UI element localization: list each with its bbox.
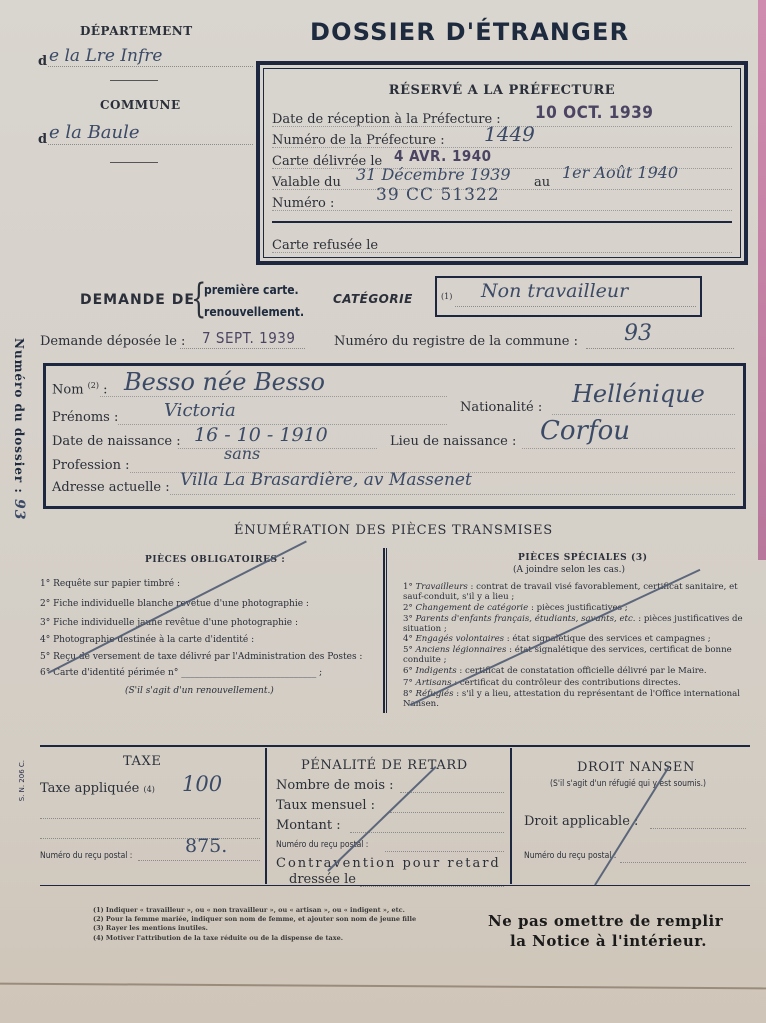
contravention-date-field[interactable]: dressée le [289,872,356,887]
birth-place-value: Corfou [540,416,630,446]
commune-line [48,144,253,145]
nansen-right-label: Droit applicable : [524,814,638,829]
request-type-label: DEMANDE DE [80,292,195,308]
prefecture-title: RÉSERVÉ A LA PRÉFECTURE [264,83,740,98]
tax-receipt-field[interactable]: Numéro du reçu postal : 875. [40,843,260,863]
months-field[interactable]: Nombre de mois : [276,778,504,793]
birth-place-label: Lieu de naissance : [390,434,516,449]
amount-field[interactable]: Montant : [276,818,341,833]
renewal-note: (S'il s'agit d'un renouvellement.) [125,686,274,696]
card-number-value: 39 CC 51322 [376,185,500,205]
first-names-value: Victoria [164,400,236,421]
footnote: (2) Pour la femme mariée, indiquer son n… [93,915,416,923]
address-value: Villa La Brasardière, av Massenet [180,470,472,490]
surname-note: (2) [88,381,99,390]
special-item: 3° Parents d'enfants français, étudiants… [403,615,751,634]
special-item: 6° Indigents : certificat de constatatio… [403,667,751,677]
footnote: (1) Indiquer « travailleur », ou « non t… [93,906,405,914]
special-item: 5° Anciens légionnaires : état signaléti… [403,646,751,665]
special-item: 8° Réfugiés : s'il y a lieu, attestation… [403,690,751,709]
nationality-value: Hellénique [572,380,705,408]
nansen-subtitle: (S'il s'agit d'un réfugié qui y est soum… [550,779,706,789]
nationality-field[interactable]: Nationalité : Hellénique [460,396,735,418]
table-top-border [40,745,750,747]
penalty-title: PÉNALITÉ DE RETARD [301,758,468,773]
nansen-right-field[interactable]: Droit applicable : [524,814,638,829]
filed-date-stamp: 7 SEPT. 1939 [202,329,295,347]
filed-date-field[interactable]: Demande déposée le : 7 SEPT. 1939 [40,331,305,351]
prefecture-separator [272,221,732,223]
birth-date-label: Date de naissance : [52,434,181,449]
category-note: (1) [441,292,452,301]
register-number-line [586,348,734,349]
pieces-title: ÉNUMÉRATION DES PIÈCES TRANSMISES [234,523,553,538]
tax-applied-field[interactable]: Taxe appliquée (4) 100 [40,778,260,798]
nansen-receipt-label: Numéro du reçu postal : [524,851,616,861]
penalty-receipt-line [385,851,504,852]
amount-line [350,832,504,833]
prefecture-number-label: Numéro de la Préfecture : [272,133,445,148]
filed-date-line [180,348,305,349]
tax-applied-label-text: Taxe appliquée [40,781,139,796]
contravention-label: Contravention pour retard [276,856,501,871]
notice-line-1: Ne pas omettre de remplir [488,912,723,930]
identity-section: Nom (2) : Besso née Besso Prénoms : Vict… [43,363,746,509]
divider-ornament [110,80,158,81]
page-edge [758,0,766,560]
address-label: Adresse actuelle : [52,480,170,495]
special-item: 1° Travailleurs : contrat de travail vis… [403,583,751,602]
card-refused-field[interactable]: Carte refusée le [272,235,732,255]
option-first-card[interactable]: première carte. [204,283,299,297]
paper-fold [0,983,766,990]
first-names-label: Prénoms : [52,410,118,425]
dossier-number-side-label: Numéro du dossier : 93 [11,338,27,521]
departement-prefix: d [38,54,47,69]
nansen-receipt-field[interactable]: Numéro du reçu postal : [524,851,616,861]
commune-prefix: d [38,132,47,147]
surname-field[interactable]: Nom (2) : Besso née Besso [52,378,447,400]
special-item: 2° Changement de catégorie : pièces just… [403,604,751,614]
table-divider [265,748,267,884]
tax-note: (4) [144,785,155,794]
tax-receipt-line [138,860,260,861]
birth-place-field[interactable]: Lieu de naissance : Corfou [390,430,735,452]
commune-field[interactable]: d e la Baule [38,126,253,148]
reception-date-stamp: 10 OCT. 1939 [535,103,653,123]
monthly-rate-label: Taux mensuel : [276,798,375,813]
filed-date-label: Demande déposée le : [40,334,185,349]
reception-date-label: Date de réception à la Préfecture : [272,112,501,127]
divider-ornament [110,162,158,163]
footnote: (3) Rayer les mentions inutiles. [93,924,208,932]
category-label: CATÉGORIE [333,292,413,306]
category-field[interactable]: (1) Non travailleur [435,276,702,317]
months-label: Nombre de mois : [276,778,394,793]
card-refused-label: Carte refusée le [272,238,378,253]
rate-line [390,812,504,813]
tax-blank-line [40,818,260,819]
validity-field[interactable]: Valable du 31 Décembre 1939 au 1er Août … [272,172,732,192]
card-delivered-stamp: 4 AVR. 1940 [394,147,492,165]
departement-line [48,66,253,67]
category-value: Non travailleur [481,280,628,302]
category-line [455,306,696,307]
column-divider [383,548,387,713]
nansen-right-line [650,828,746,829]
validity-to-value: 1er Août 1940 [562,163,678,182]
special-pieces-title: PIÈCES SPÉCIALES (3) [518,553,648,563]
table-divider [510,748,512,884]
months-line [400,792,504,793]
validity-from-value: 31 Décembre 1939 [356,165,511,184]
mandatory-item: 1° Requête sur papier timbré : [40,579,180,589]
profession-label: Profession : [52,458,130,473]
register-number-label: Numéro du registre de la commune : [334,334,578,349]
special-item: 4° Engagés volontaires : état signalétiq… [403,635,751,645]
departement-field[interactable]: d e la Lre Infre [38,48,253,70]
surname-label-text: Nom [52,382,84,397]
card-number-label: Numéro : [272,196,334,211]
prefecture-number-field[interactable]: Numéro de la Préfecture : 1449 [272,130,732,150]
birth-date-value: 16 - 10 - 1910 [194,424,328,446]
commune-label: COMMUNE [100,98,181,112]
amount-label: Montant : [276,818,341,833]
nationality-label: Nationalité : [460,400,542,415]
notice-line-2: la Notice à l'intérieur. [510,932,707,950]
nansen-receipt-line [620,862,746,863]
prefecture-number-value: 1449 [484,122,535,146]
profession-value: sans [224,444,260,463]
validity-label: Valable du [272,175,341,190]
special-pieces-subtitle: (A joindre selon les cas.) [513,565,625,575]
validity-to-label: au [534,175,550,190]
register-number-field[interactable]: Numéro du registre de la commune : 93 [334,331,734,351]
mandatory-item: 3° Fiche individuelle jaune revêtue d'un… [40,618,298,628]
mandatory-item: 4° Photographie destinée à la carte d'id… [40,635,254,645]
nansen-title: DROIT NANSEN [577,760,695,775]
commune-value: e la Baule [49,122,140,143]
side-label-text: Numéro du dossier : [12,338,26,494]
tax-applied-value: 100 [182,772,222,796]
tax-applied-label: Taxe appliquée (4) [40,781,155,796]
surname-value: Besso née Besso [124,368,325,396]
departement-label: DÉPARTEMENT [80,24,193,38]
page-title: DOSSIER D'ÉTRANGER [310,18,629,46]
contravention-date-line [360,886,504,887]
tax-receipt-label: Numéro du reçu postal : [40,851,132,861]
option-renewal[interactable]: renouvellement. [204,305,304,319]
side-label-value: 93 [11,499,27,520]
birth-date-field[interactable]: Date de naissance : 16 - 10 - 1910 [52,430,377,452]
monthly-rate-field[interactable]: Taux mensuel : [276,798,375,813]
footnote: (4) Motiver l'attribution de la taxe réd… [93,934,343,942]
mandatory-item: 6° Carte d'identité périmée n° _________… [40,668,322,678]
card-number-field[interactable]: Numéro : 39 CC 51322 [272,193,732,213]
contravention-date-label: dressée le [289,872,356,887]
surname-label: Nom (2) : [52,381,108,397]
tax-title: TAXE [123,754,162,769]
prefecture-section: RÉSERVÉ A LA PRÉFECTURE Date de réceptio… [256,61,748,265]
form-code: S. N. 206 C. [18,760,26,801]
register-number-value: 93 [624,321,652,346]
departement-value: e la Lre Infre [49,46,162,66]
tax-receipt-value: 875. [185,835,227,857]
address-field[interactable]: Adresse actuelle : Villa La Brasardière,… [52,476,735,498]
